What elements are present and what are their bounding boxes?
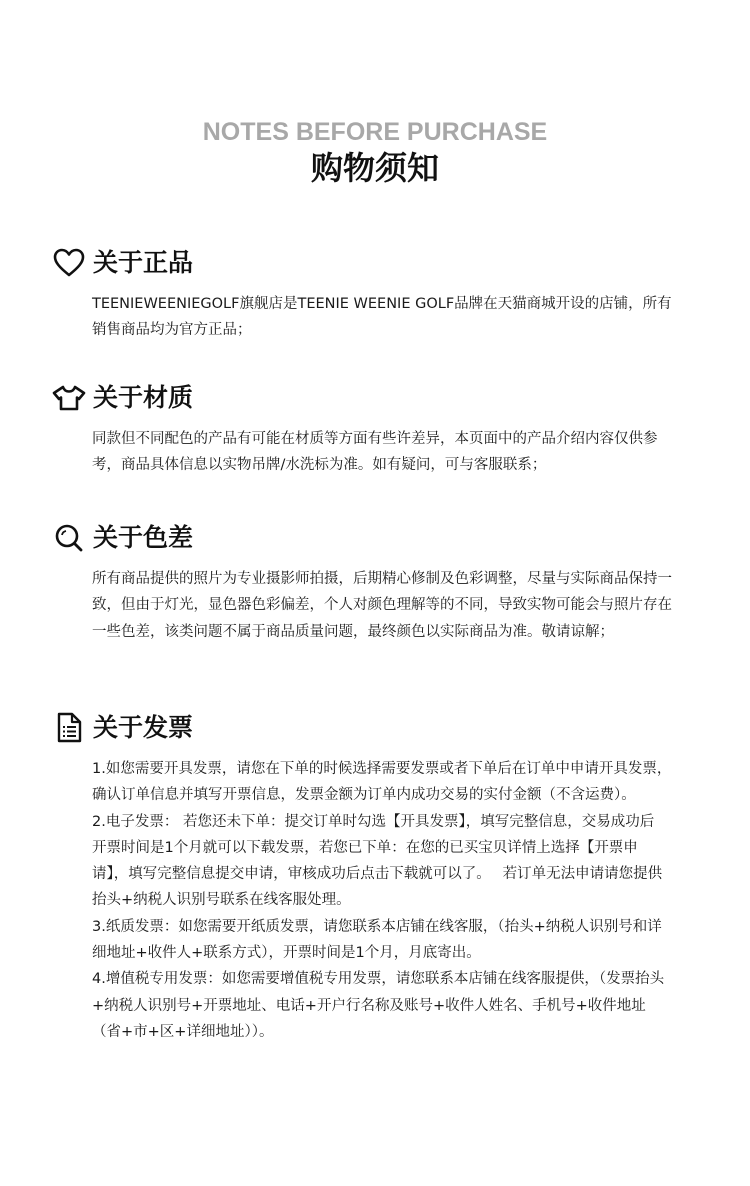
section-title: 关于正品 [93,243,193,283]
tshirt-icon [52,381,86,415]
section-title: 关于发票 [93,708,193,748]
section-heading: 关于发票 [0,708,750,748]
paragraph: TEENIEWEENIEGOLF旗舰店是TEENIE WEENIE GOLF品牌… [92,291,672,344]
paragraph: 同款但不同配色的产品有可能在材质等方面有些许差异，本页面中的产品介绍内容仅供参考… [92,426,672,479]
paragraph-e-invoice: 2.电子发票： 若您还未下单：提交订单时勾选【开具发票】，填写完整信息，交易成功… [92,809,672,914]
section-text: TEENIEWEENIEGOLF旗舰店是TEENIE WEENIE GOLF品牌… [92,291,672,344]
document-icon [52,711,86,745]
section-title: 关于色差 [93,518,193,558]
section-heading: 关于色差 [0,518,750,558]
section-material: 关于材质 同款但不同配色的产品有可能在材质等方面有些许差异，本页面中的产品介绍内… [0,378,750,418]
page-header: NOTES BEFORE PURCHASE 购物须知 [0,118,750,188]
section-heading: 关于材质 [0,378,750,418]
section-text: 1.如您需要开具发票，请您在下单的时候选择需要发票或者下单后在订单中申请开具发票… [92,756,672,1045]
section-title: 关于材质 [93,378,193,418]
section-invoice: 关于发票 1.如您需要开具发票，请您在下单的时候选择需要发票或者下单后在订单中申… [0,708,750,748]
paragraph-invoice-general: 1.如您需要开具发票，请您在下单的时候选择需要发票或者下单后在订单中申请开具发票… [92,756,672,809]
section-text: 所有商品提供的照片为专业摄影师拍摄，后期精心修制及色彩调整，尽量与实际商品保持一… [92,566,672,645]
paragraph: 所有商品提供的照片为专业摄影师拍摄，后期精心修制及色彩调整，尽量与实际商品保持一… [92,566,672,645]
paragraph-paper-invoice: 3.纸质发票：如您需要开纸质发票，请您联系本店铺在线客服，（抬头+纳税人识别号和… [92,914,672,967]
section-color-difference: 关于色差 所有商品提供的照片为专业摄影师拍摄，后期精心修制及色彩调整，尽量与实际… [0,518,750,558]
magnifier-icon [52,521,86,555]
section-text: 同款但不同配色的产品有可能在材质等方面有些许差异，本页面中的产品介绍内容仅供参考… [92,426,672,479]
heart-icon [52,246,86,280]
title-english: NOTES BEFORE PURCHASE [0,118,750,146]
paragraph-vat-invoice: 4.增值税专用发票：如您需要增值税专用发票，请您联系本店铺在线客服提供，（发票抬… [92,966,672,1045]
section-heading: 关于正品 [0,243,750,283]
page-title: 购物须知 [0,148,750,188]
section-authenticity: 关于正品 TEENIEWEENIEGOLF旗舰店是TEENIE WEENIE G… [0,243,750,283]
